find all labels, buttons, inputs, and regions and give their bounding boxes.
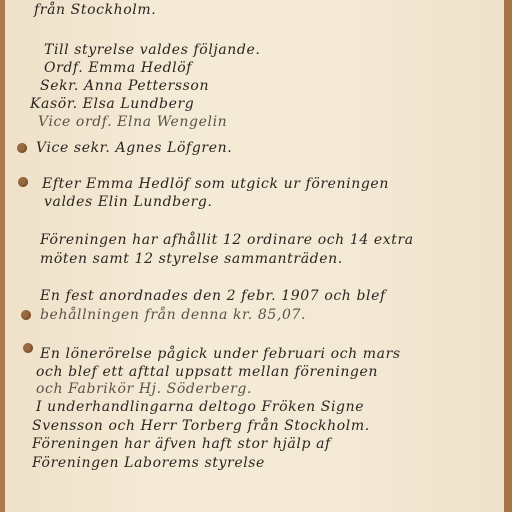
- text-line: och Fabrikör Hj. Söderberg.: [36, 381, 252, 397]
- text-line: Sekr. Anna Pettersson: [40, 78, 209, 94]
- text-line: och blef ett afttal uppsatt mellan fören…: [36, 364, 378, 380]
- punch-hole: [23, 343, 33, 353]
- text-line: valdes Elin Lundberg.: [44, 194, 213, 210]
- text-line: Föreningen har afhållit 12 ordinare och …: [40, 232, 414, 248]
- punch-hole: [17, 143, 27, 153]
- text-line: Föreningen Laborems styrelse: [32, 455, 265, 471]
- punch-hole: [21, 310, 31, 320]
- text-line: Vice ordf. Elna Wengelin: [38, 114, 227, 130]
- text-line: behållningen från denna kr. 85,07.: [40, 307, 306, 323]
- text-line: Efter Emma Hedlöf som utgick ur förening…: [42, 176, 389, 192]
- punch-hole: [18, 177, 28, 187]
- text-line: Kasör. Elsa Lundberg: [30, 96, 194, 112]
- right-border: [504, 0, 512, 512]
- text-line: En fest anordnades den 2 febr. 1907 och …: [40, 288, 386, 304]
- text-line: Vice sekr. Agnes Löfgren.: [36, 140, 232, 156]
- text-line: möten samt 12 styrelse sammanträden.: [40, 251, 343, 267]
- text-line: Till styrelse valdes följande.: [44, 42, 260, 58]
- text-line: Föreningen har äfven haft stor hjälp af: [32, 436, 331, 452]
- text-line: från Stockholm.: [34, 2, 156, 18]
- text-line: En lönerörelse pågick under februari och…: [40, 346, 401, 362]
- text-line: I underhandlingarna deltogo Fröken Signe: [36, 399, 364, 415]
- text-line: Ordf. Emma Hedlöf: [44, 60, 192, 76]
- text-line: Svensson och Herr Torberg från Stockholm…: [32, 418, 370, 434]
